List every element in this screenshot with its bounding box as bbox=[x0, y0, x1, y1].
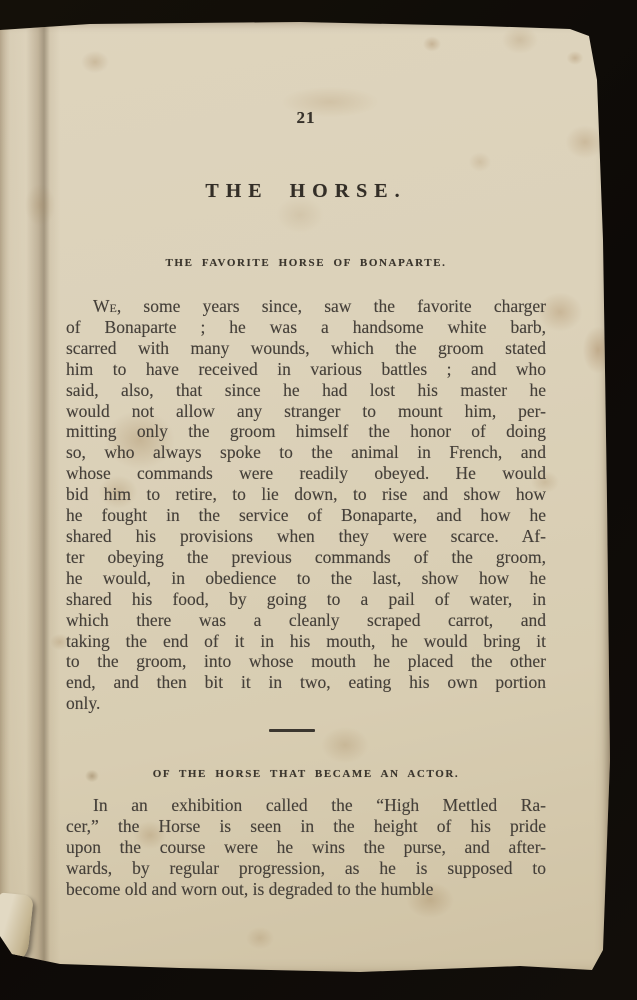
book-photo: 21 THE HORSE. THE FAVORITE HORSE OF BONA… bbox=[0, 0, 637, 1000]
curled-corner bbox=[0, 892, 34, 969]
text-line: he would, in obedience to the last, show… bbox=[66, 568, 546, 589]
text-line: him to have received in various battles … bbox=[66, 359, 546, 380]
text-line: ter obeying the previous commands of the… bbox=[66, 547, 546, 568]
paragraph: In an exhibition called the “High Mettle… bbox=[66, 795, 546, 900]
section-heading: OF THE HORSE THAT BECAME AN ACTOR. bbox=[66, 768, 546, 780]
text-line: mitting only the groom himself the honor… bbox=[66, 421, 546, 442]
text-line: become old and worn out, is degraded to … bbox=[66, 879, 546, 900]
section-heading: THE FAVORITE HORSE OF BONAPARTE. bbox=[66, 257, 546, 269]
page-title: THE HORSE. bbox=[66, 180, 546, 203]
text-line: would not allow any stranger to mount hi… bbox=[66, 401, 546, 422]
text-line: taking the end of it in his mouth, he wo… bbox=[66, 631, 546, 652]
text-line: In an exhibition called the “High Mettle… bbox=[66, 795, 546, 816]
page-number: 21 bbox=[66, 108, 546, 128]
text-line: shared his provisions when they were sca… bbox=[66, 526, 546, 547]
text-line: whose commands were readily obeyed. He w… bbox=[66, 463, 546, 484]
paragraph: We, some years since, saw the favorite c… bbox=[66, 296, 546, 714]
text-line: which there was a cleanly scraped carrot… bbox=[66, 610, 546, 631]
section-divider-rule bbox=[269, 729, 315, 732]
text-line: to the groom, into whose mouth he placed… bbox=[66, 651, 546, 672]
text-line: We, some years since, saw the favorite c… bbox=[66, 296, 546, 317]
text-line: of Bonaparte ; he was a handsome white b… bbox=[66, 317, 546, 338]
text-line: cer,” the Horse is seen in the height of… bbox=[66, 816, 546, 837]
text-line: shared his food, by going to a pail of w… bbox=[66, 589, 546, 610]
text-line: so, who always spoke to the animal in Fr… bbox=[66, 442, 546, 463]
text-line: scarred with many wounds, which the groo… bbox=[66, 338, 546, 359]
text-line: wards, by regular progression, as he is … bbox=[66, 858, 546, 879]
page-content: 21 THE HORSE. THE FAVORITE HORSE OF BONA… bbox=[66, 20, 546, 978]
smallcaps-lead: We bbox=[93, 296, 117, 316]
text-line: upon the course were he wins the purse, … bbox=[66, 837, 546, 858]
text-line: bid him to retire, to lie down, to rise … bbox=[66, 484, 546, 505]
text-line: end, and then bit it in two, eating his … bbox=[66, 672, 546, 693]
text-line: said, also, that since he had lost his m… bbox=[66, 380, 546, 401]
text-line: he fought in the service of Bonaparte, a… bbox=[66, 505, 546, 526]
book-page: 21 THE HORSE. THE FAVORITE HORSE OF BONA… bbox=[0, 20, 610, 978]
text-line: only. bbox=[66, 693, 546, 714]
